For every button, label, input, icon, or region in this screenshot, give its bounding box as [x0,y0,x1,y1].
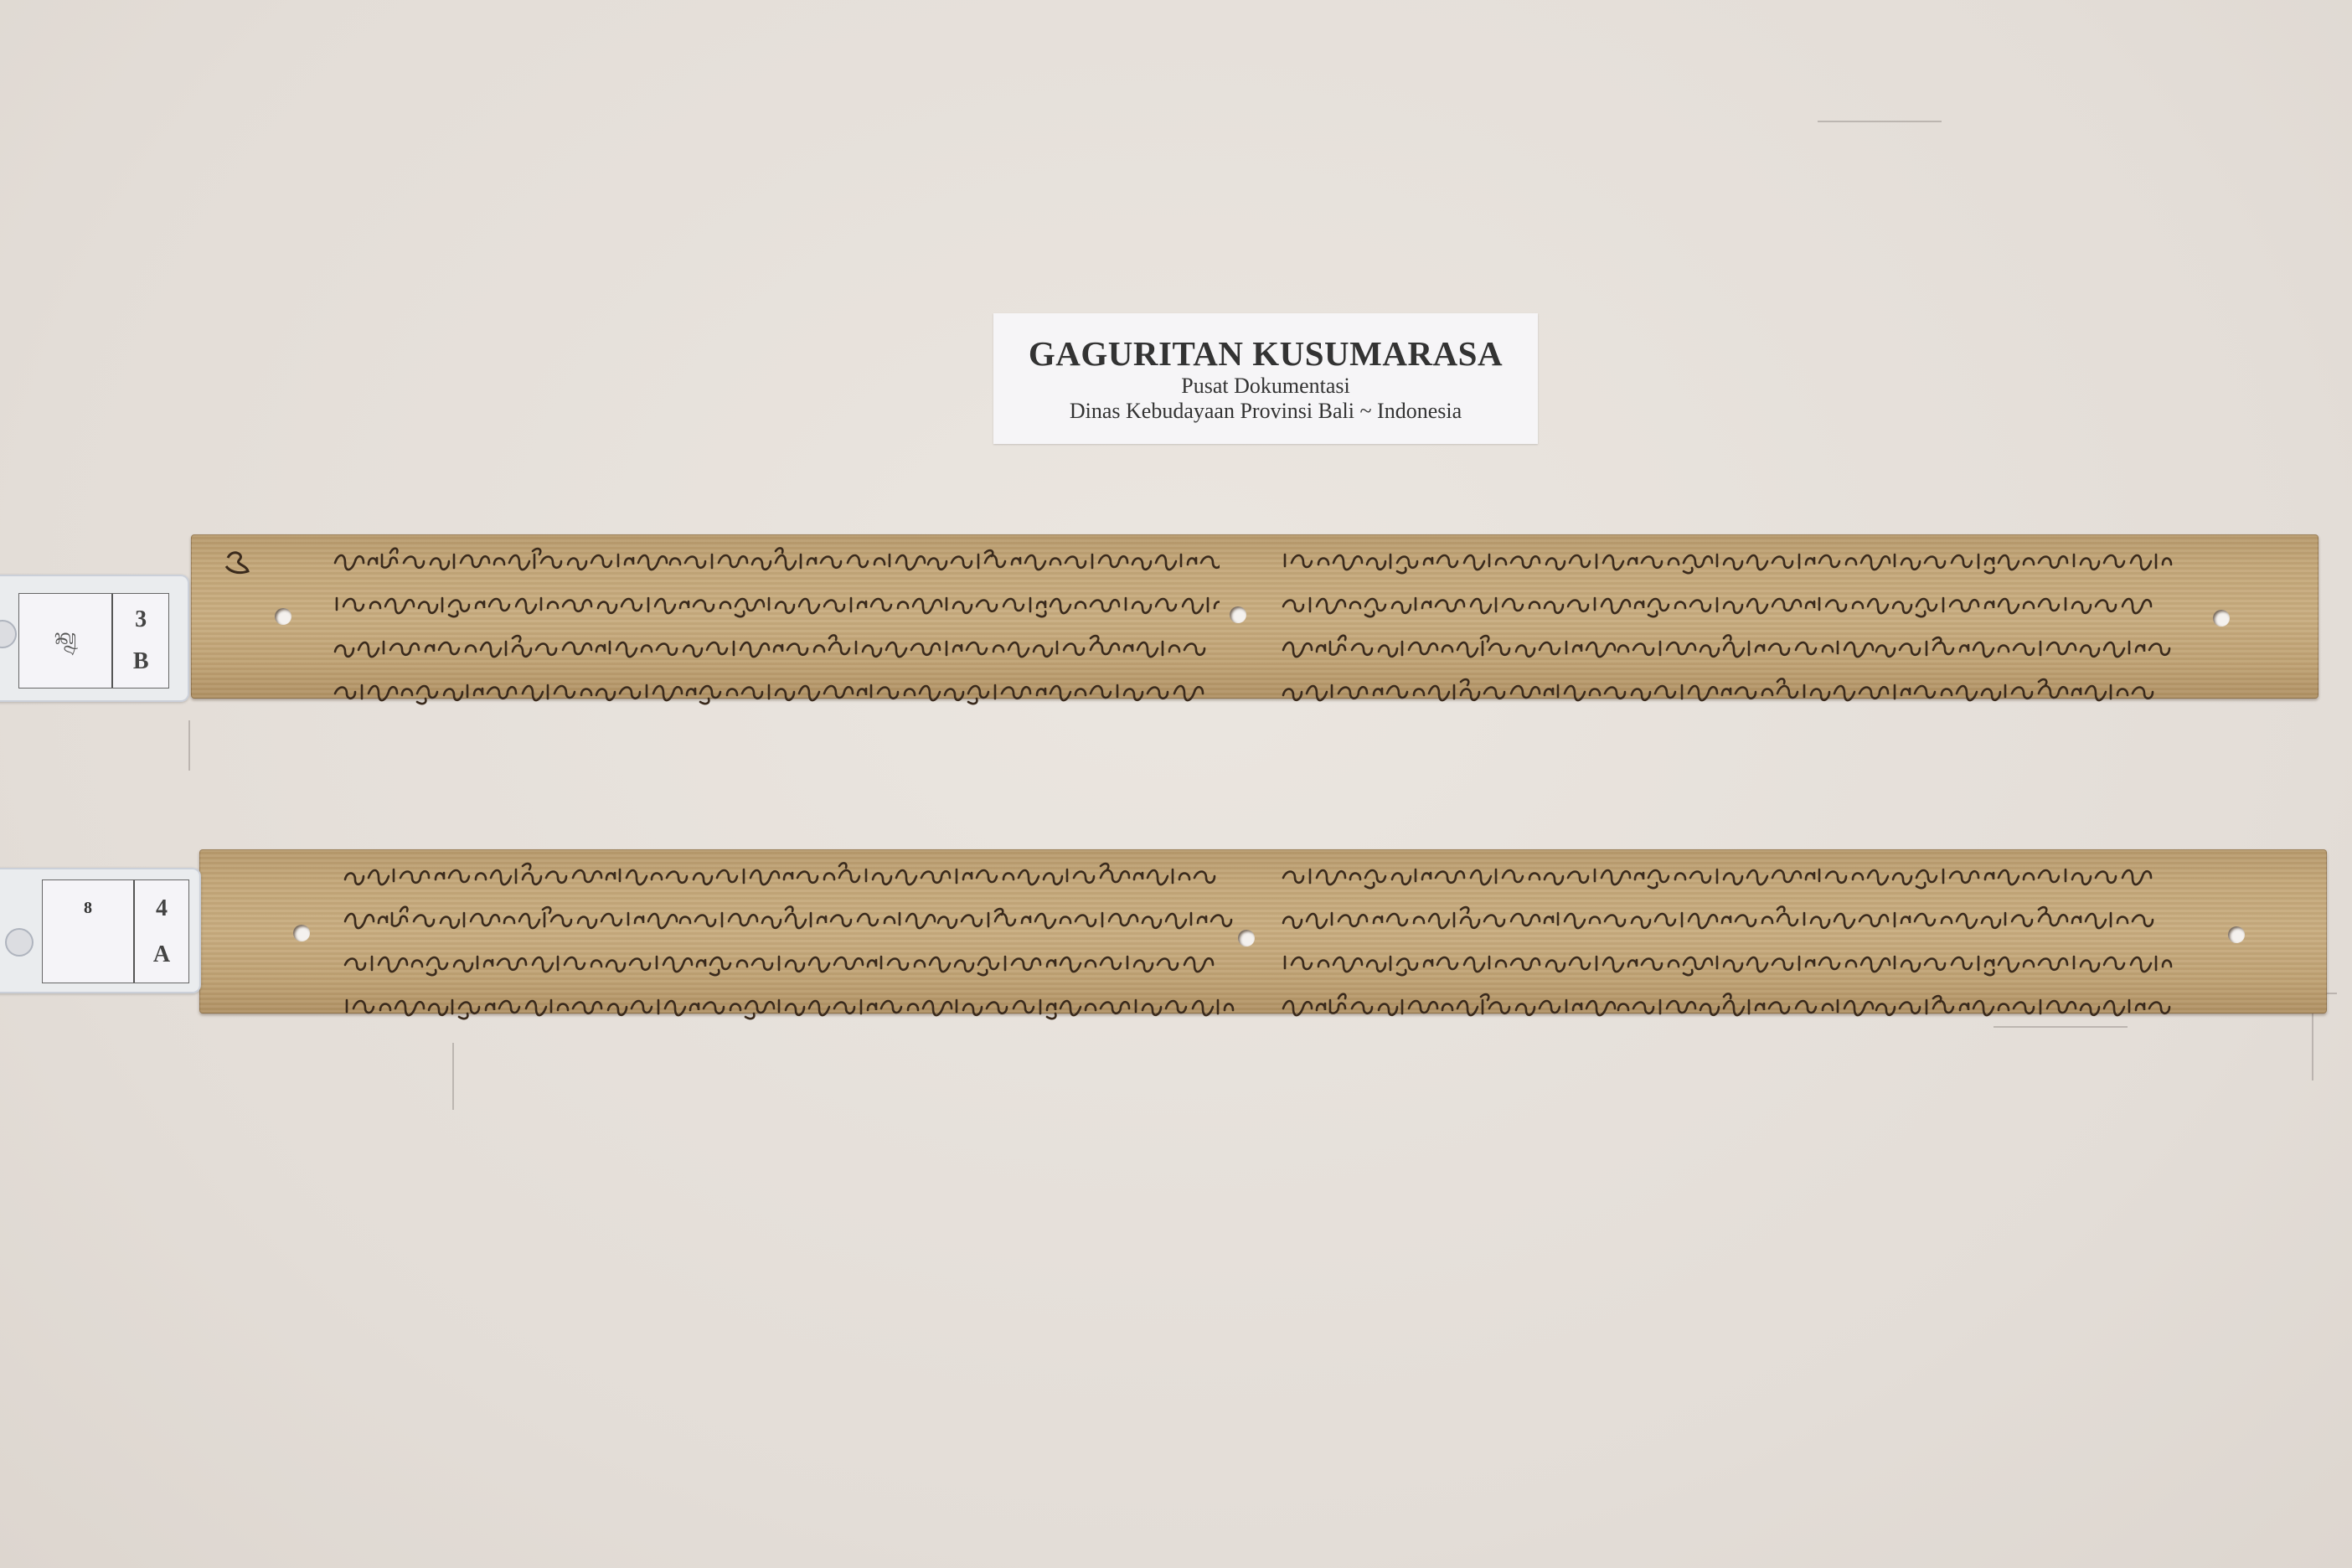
script-line [1280,625,2184,668]
tag-balinese-numeral: ᬓ᭄ᬦ [19,594,113,688]
page-marker [221,546,255,584]
palm-leaf-3b [191,534,2318,699]
binding-hole-right [2213,610,2230,627]
script-line [332,625,1220,668]
script-line [1280,940,2201,983]
text-column-right [1280,853,2201,1027]
binding-hole-right [2228,926,2245,943]
script-line [332,538,1220,581]
script-line [1280,581,2184,625]
binding-hole-left [275,608,291,625]
tag-hole [0,620,17,648]
script-line [342,983,1246,1027]
script-line [1280,896,2201,940]
tag-page-side: A [153,941,170,968]
manuscript-title: GAGURITAN KUSUMARASA [993,333,1538,374]
script-line [342,896,1246,940]
script-line [1280,983,2201,1027]
text-column-left [342,853,1246,1027]
pencil-mark [1818,121,1942,122]
pencil-mark [2312,1005,2313,1081]
binding-hole-center [1230,606,1246,623]
leaf-tag-3b: ᬓ᭄ᬦ 3 B [0,575,189,702]
institution-line-1: Pusat Dokumentasi [993,374,1538,399]
script-line [1280,668,2184,712]
institution-line-2: Dinas Kebudayaan Provinsi Bali ~ Indones… [993,399,1538,424]
script-line [332,668,1220,712]
tag-hole [5,928,34,957]
tag-page-number: 4 [156,895,168,922]
text-column-right [1280,538,2184,712]
leaf-tag-4a: 8 4 A [0,868,201,993]
script-line [342,940,1246,983]
tag-page-side: B [133,648,149,675]
palm-leaf-4a [199,849,2327,1014]
script-line [1280,853,2201,896]
text-column-left [332,538,1220,712]
tag-page-number: 3 [135,606,147,633]
tag-catalog-number: 8 [43,880,135,983]
pencil-mark [452,1043,454,1110]
pencil-mark [188,720,190,771]
script-line [1280,538,2184,581]
binding-hole-left [293,925,310,941]
script-line [332,581,1220,625]
script-line [342,853,1246,896]
title-label-card: GAGURITAN KUSUMARASA Pusat Dokumentasi D… [993,313,1538,444]
